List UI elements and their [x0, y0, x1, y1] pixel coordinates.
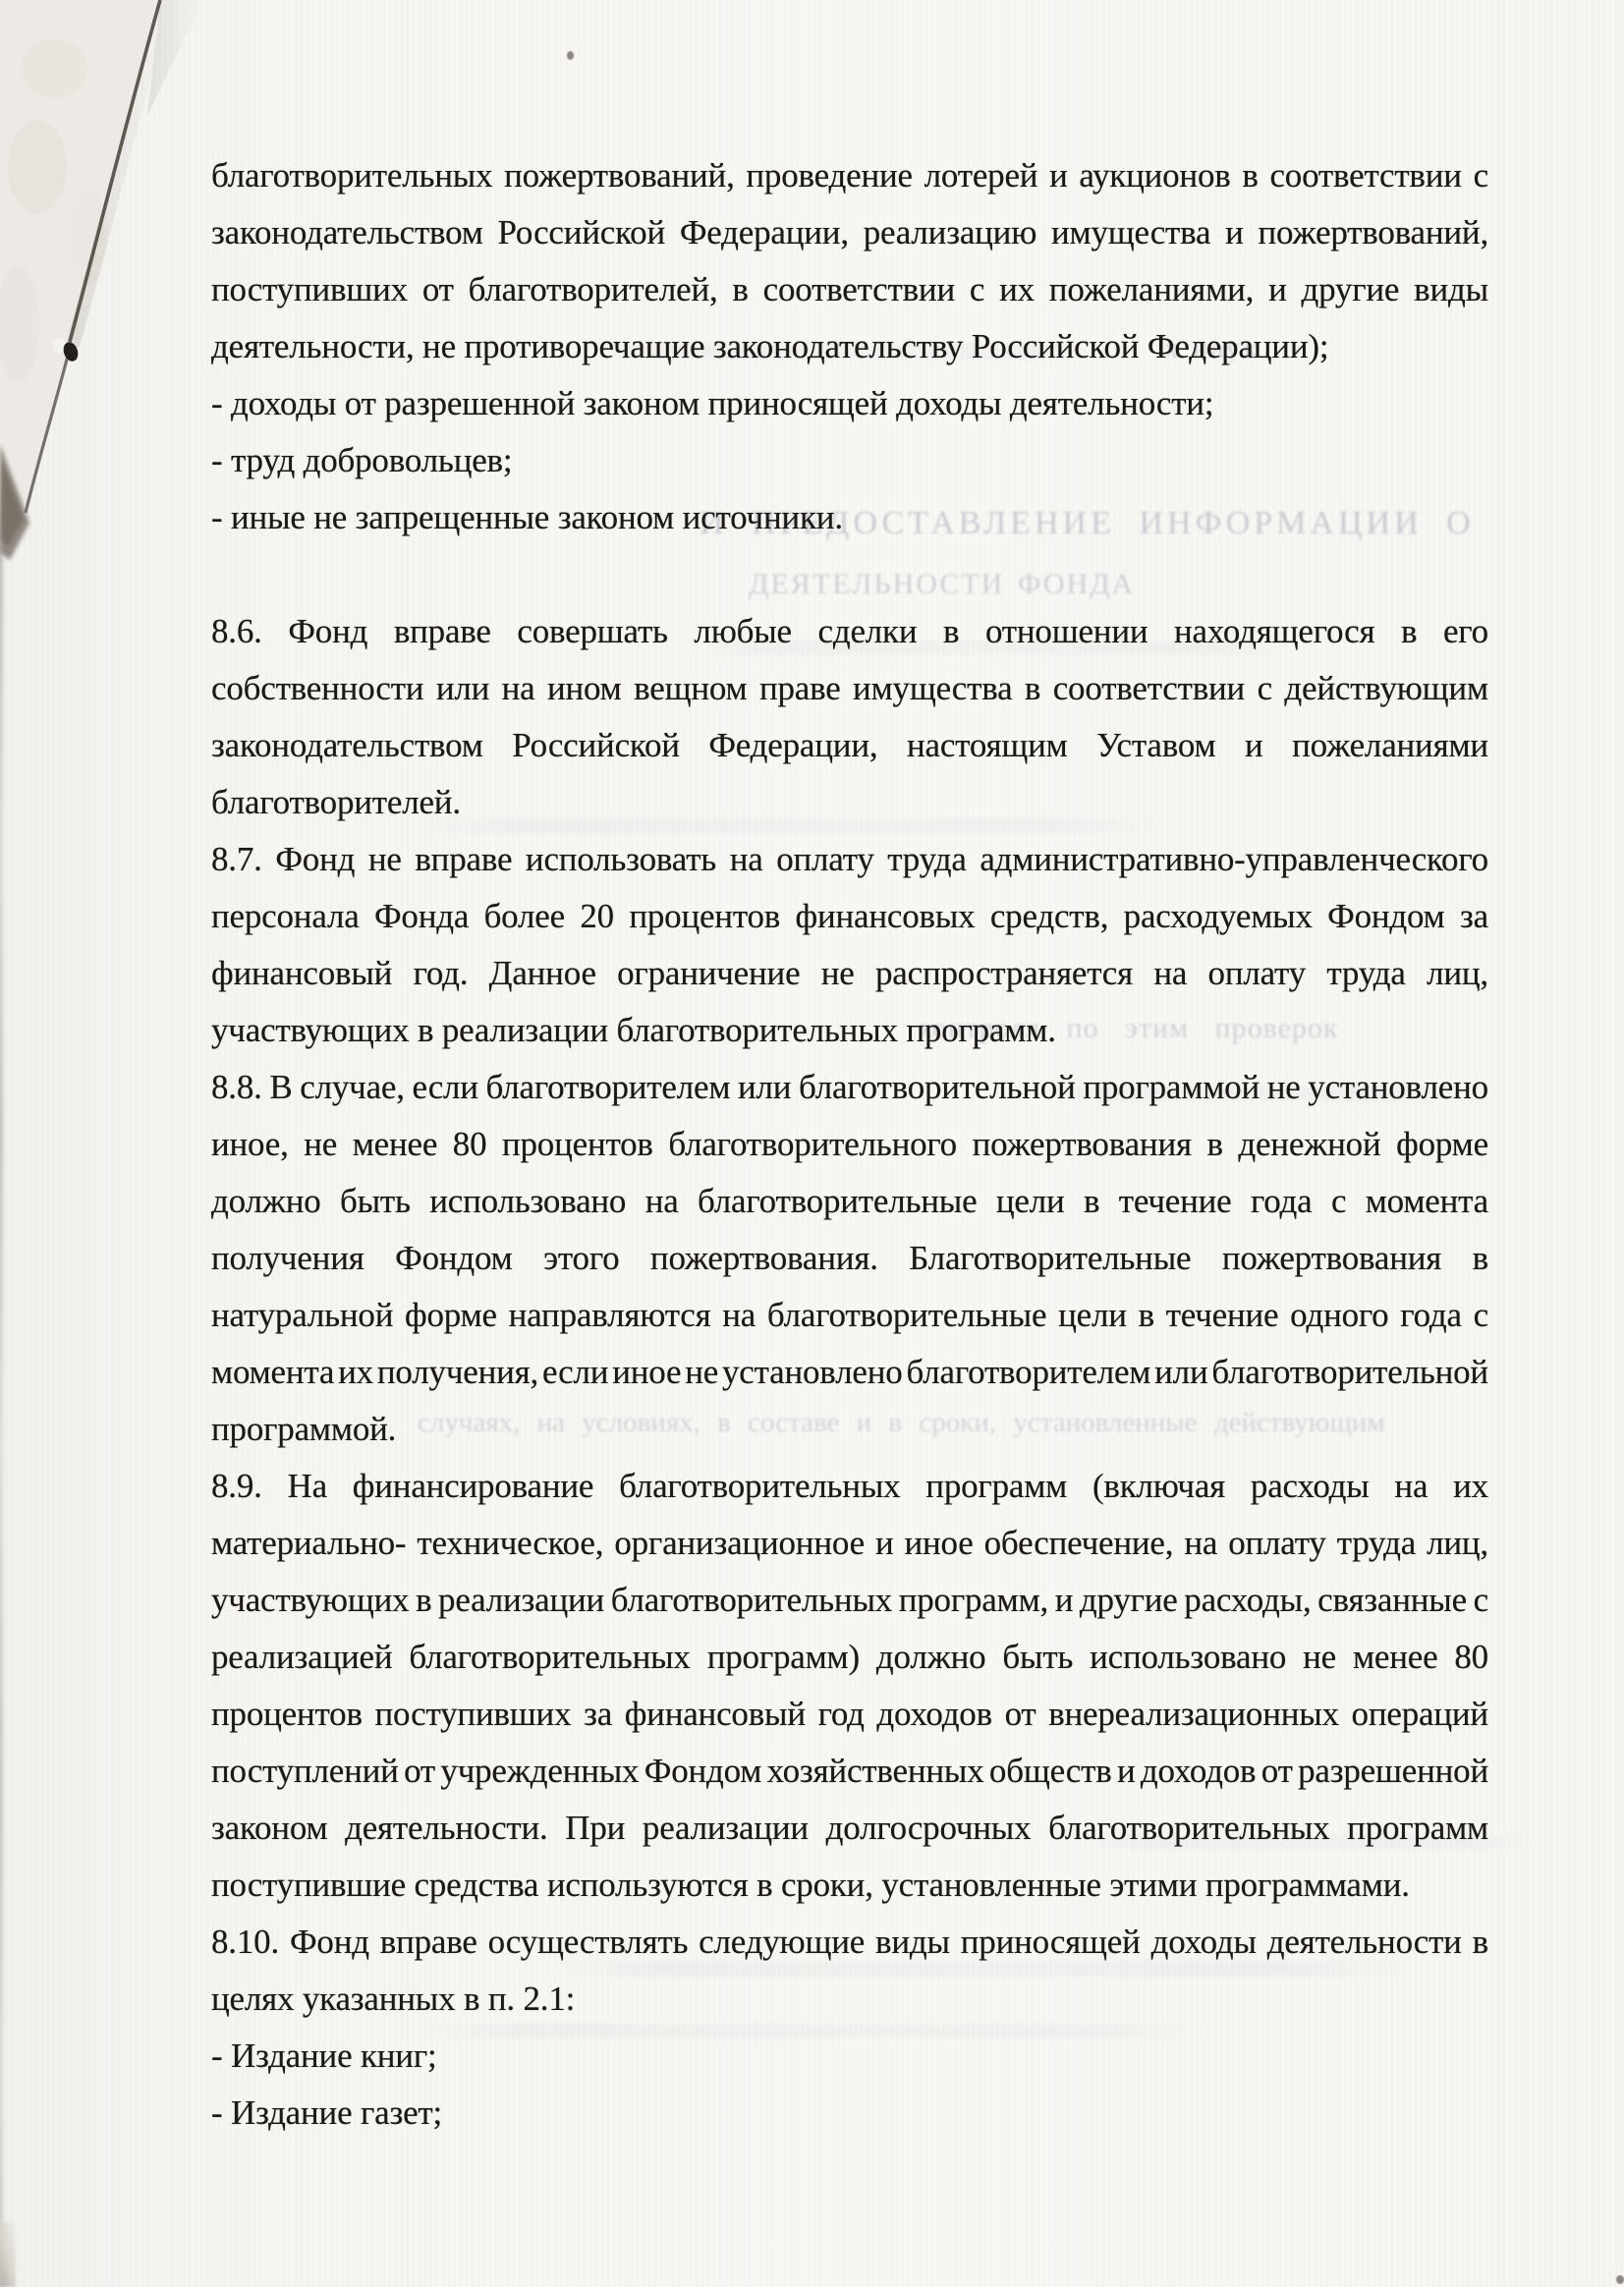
blank-line: [211, 546, 1488, 603]
scan-speck: [567, 51, 574, 60]
text-line: натуральнойформенаправляютсянаблаготвори…: [211, 1287, 1488, 1344]
text-line: участвующих в реализации благотворительн…: [211, 1002, 1488, 1059]
text-line: 8.7.Фондневправеиспользоватьнаоплатутруд…: [211, 831, 1488, 888]
text-line: закономдеятельности.Приреализациидолгоср…: [211, 1800, 1488, 1857]
text-line: материально-техническое,организационноеи…: [211, 1515, 1488, 1572]
text-line: деятельности, не противоречащие законода…: [211, 318, 1488, 375]
text-line: персоналаФондаболее20процентовфинансовых…: [211, 888, 1488, 945]
text-line: моментаихполучения,еслииноенеустановлено…: [211, 1344, 1488, 1401]
text-line: поступившихотблаготворителей,всоответств…: [211, 261, 1488, 318]
text-line: 8.10.Фондвправеосуществлятьследующиевиды…: [211, 1914, 1488, 1971]
text-line: участвующихвреализацииблаготворительныхп…: [211, 1572, 1488, 1629]
text-line: иное,неменее80процентовблаготворительног…: [211, 1116, 1488, 1173]
page-left-edge-shadow: [0, 535, 6, 2287]
text-line: должнобытьиспользованонаблаготворительны…: [211, 1173, 1488, 1230]
text-line: - доходы от разрешенной законом приносящ…: [211, 375, 1488, 432]
text-line: - Издание газет;: [211, 2085, 1488, 2142]
text-line: поступленийотучрежденныхФондомхозяйствен…: [211, 1743, 1488, 1800]
text-line: поступившие средства используются в срок…: [211, 1857, 1488, 1914]
text-line: 8.6.Фондвправесовершатьлюбыесделкивотнош…: [211, 603, 1488, 660]
page-corner-fold-artifact: [0, 0, 236, 629]
text-line: - труд добровольцев;: [211, 432, 1488, 489]
text-line: законодательствомРоссийскойФедерации,нас…: [211, 717, 1488, 774]
text-line: реализациейблаготворительныхпрограмм)дол…: [211, 1629, 1488, 1686]
text-line: - Издание книг;: [211, 2028, 1488, 2085]
text-line: законодательствомРоссийскойФедерации,реа…: [211, 204, 1488, 261]
document-text: благотворительныхпожертвований,проведени…: [211, 147, 1488, 2142]
text-line: собственностиилинаиномвещномправеимущест…: [211, 660, 1488, 717]
scan-speck: [1616, 2275, 1624, 2284]
text-line: полученияФондомэтогопожертвования.Благот…: [211, 1230, 1488, 1287]
text-line: целях указанных в п. 2.1:: [211, 1971, 1488, 2028]
text-line: 8.8.Вслучае,еслиблаготворителемилиблагот…: [211, 1059, 1488, 1116]
text-line: благотворителей.: [211, 774, 1488, 831]
text-line: финансовыйгод.Данноеограничениенераспрос…: [211, 945, 1488, 1002]
page-corner-bottom-left: [0, 2222, 16, 2287]
text-line: программой.: [211, 1401, 1488, 1458]
text-line: 8.9.Нафинансированиеблаготворительныхпро…: [211, 1458, 1488, 1515]
text-line: благотворительныхпожертвований,проведени…: [211, 147, 1488, 204]
text-line: процентовпоступившихзафинансовыйгоддоход…: [211, 1686, 1488, 1743]
text-line: - иные не запрещенные законом источники.: [211, 489, 1488, 546]
scanned-document-page: х наукИ ПРЕДОСТАВЛЕНИЕ ИНФОРМАЦИИ ОДЕЯТЕ…: [0, 0, 1624, 2287]
